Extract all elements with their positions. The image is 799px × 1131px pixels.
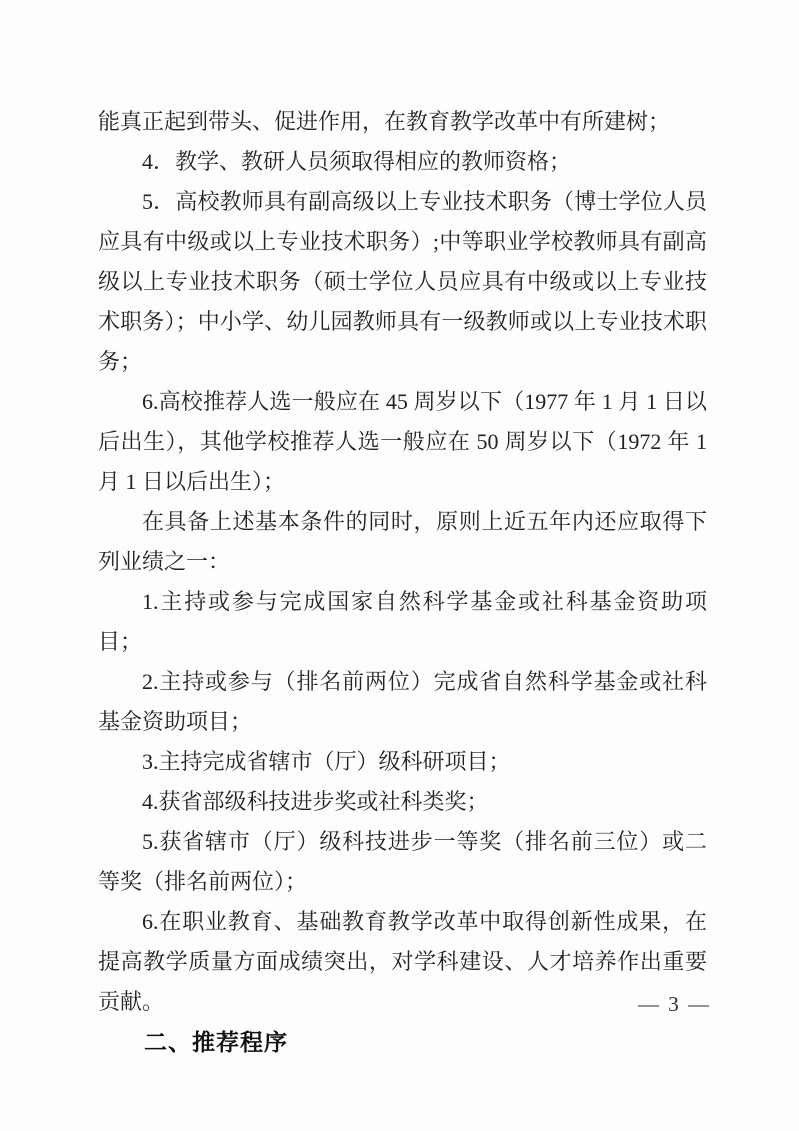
- document-body: 能真正起到带头、促进作用，在教育教学改革中有所建树； 4．教学、教研人员须取得相…: [98, 102, 707, 1062]
- achievement-item-1: 1.主持或参与完成国家自然科学基金或社科基金资助项目；: [98, 582, 707, 662]
- page-number: — 3 —: [638, 992, 711, 1017]
- achievement-intro: 在具备上述基本条件的同时，原则上近五年内还应取得下列业绩之一：: [98, 502, 707, 582]
- achievement-item-4: 4.获省部级科技进步奖或社科类奖；: [98, 782, 707, 822]
- achievement-item-6: 6.在职业教育、基础教育教学改革中取得创新性成果，在提高教学质量方面成绩突出，对…: [98, 902, 707, 1022]
- condition-item-5: 5．高校教师具有副高级以上专业技术职务（博士学位人员应具有中级或以上专业技术职务…: [98, 182, 707, 382]
- achievement-item-5: 5.获省辖市（厅）级科技进步一等奖（排名前三位）或二等奖（排名前两位）；: [98, 822, 707, 902]
- paragraph-continuation: 能真正起到带头、促进作用，在教育教学改革中有所建树；: [98, 102, 707, 142]
- achievement-item-3: 3.主持完成省辖市（厅）级科研项目；: [98, 742, 707, 782]
- condition-item-6: 6.高校推荐人选一般应在 45 周岁以下（1977 年 1 月 1 日以后出生）…: [98, 382, 707, 502]
- condition-item-4: 4．教学、教研人员须取得相应的教师资格；: [98, 142, 707, 182]
- document-page: 能真正起到带头、促进作用，在教育教学改革中有所建树； 4．教学、教研人员须取得相…: [0, 0, 799, 1131]
- section-heading-recommendation-procedure: 二、推荐程序: [98, 1022, 707, 1062]
- achievement-item-2: 2.主持或参与（排名前两位）完成省自然科学基金或社科基金资助项目；: [98, 662, 707, 742]
